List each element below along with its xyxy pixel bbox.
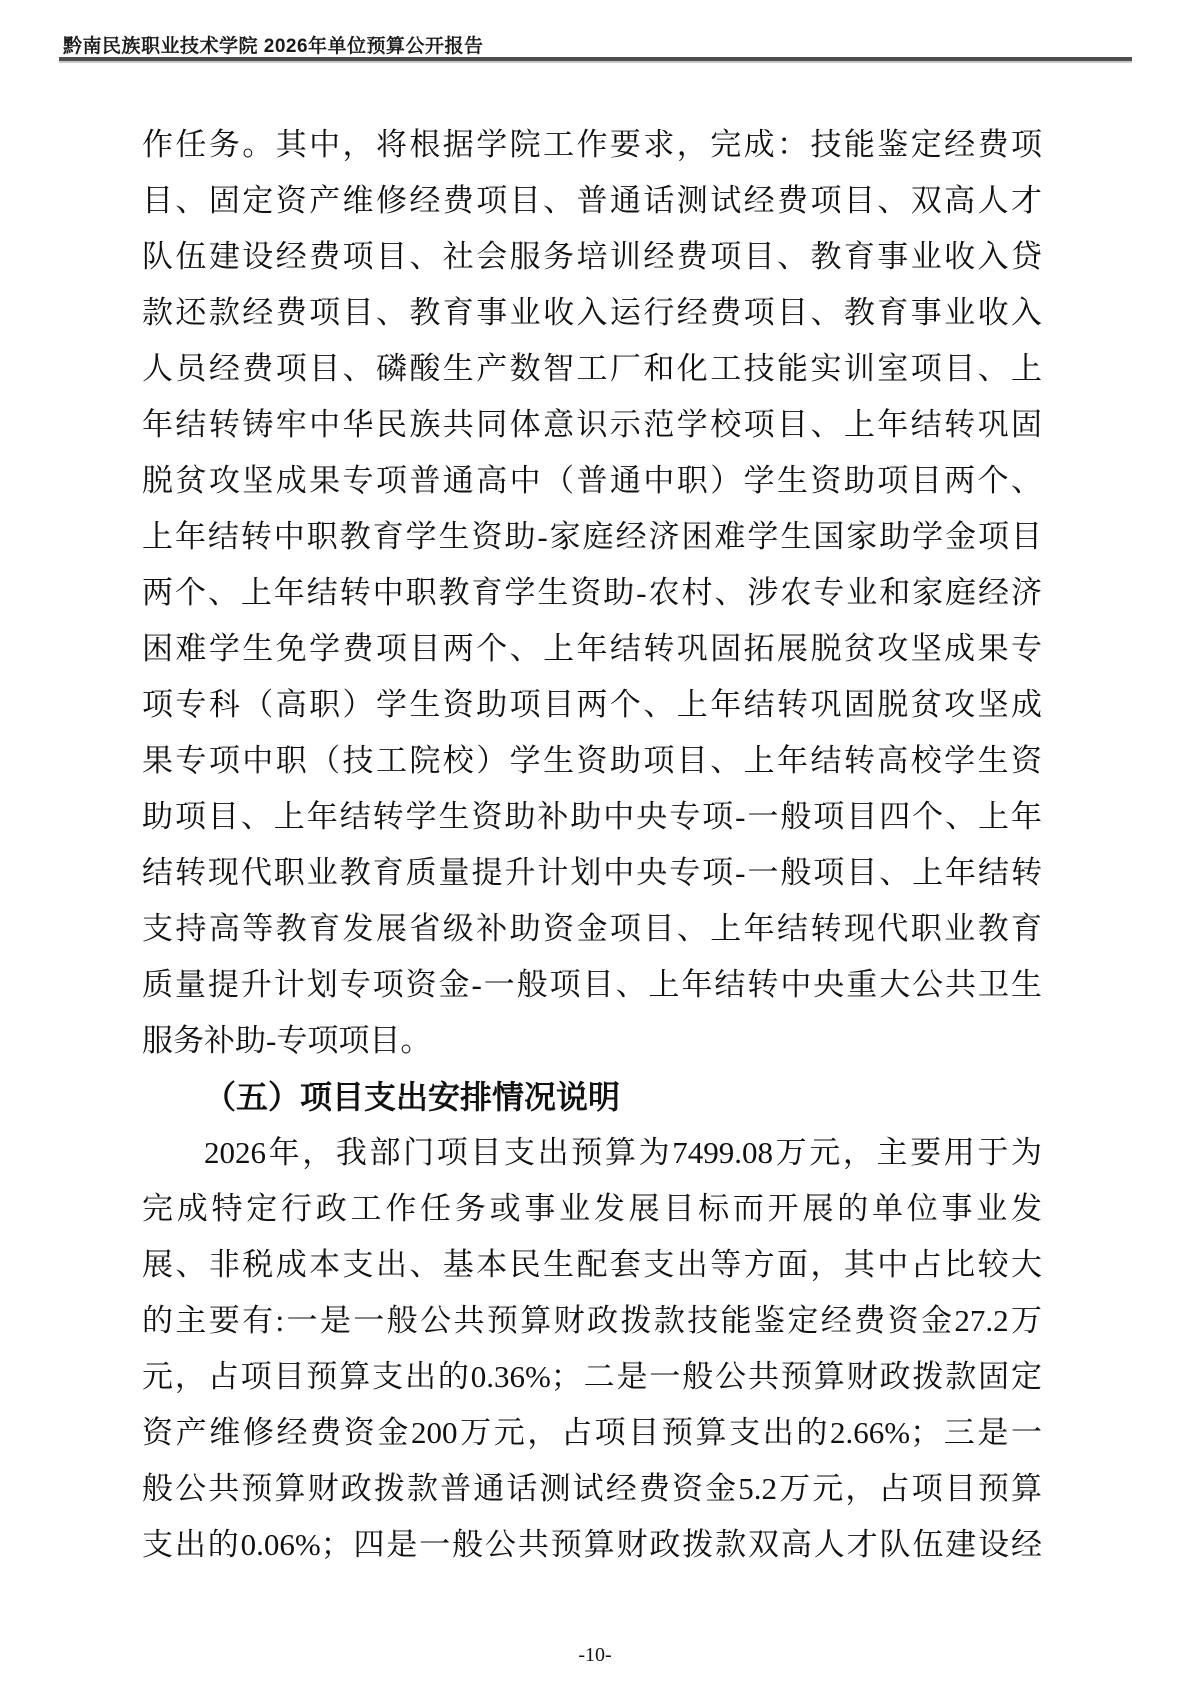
paragraph-line: 果专项中职（技工院校）学生资助项目、上年结转高校学生资: [142, 733, 1042, 789]
paragraph-line: 服务补助-专项项目。: [142, 1013, 1042, 1069]
header-rule: [59, 57, 1132, 63]
paragraph-line: 队伍建设经费项目、社会服务培训经费项目、教育事业收入贷: [142, 229, 1042, 285]
paragraph-line: 款还款经费项目、教育事业收入运行经费项目、教育事业收入: [142, 285, 1042, 341]
paragraph-line: 助项目、上年结转学生资助补助中央专项-一般项目四个、上年: [142, 789, 1042, 845]
paragraph-line: 项专科（高职）学生资助项目两个、上年结转巩固脱贫攻坚成: [142, 677, 1042, 733]
paragraph-line: 展、非税成本支出、基本民生配套支出等方面，其中占比较大: [142, 1237, 1042, 1293]
paragraph-line: 作任务。其中，将根据学院工作要求，完成：技能鉴定经费项: [142, 117, 1042, 173]
paragraph-line: 的主要有:一是一般公共预算财政拨款技能鉴定经费资金27.2万: [142, 1293, 1042, 1349]
paragraph-line: 上年结转中职教育学生资助-家庭经济困难学生国家助学金项目: [142, 509, 1042, 565]
document-page: 黔南民族职业技术学院 2026年单位预算公开报告 作任务。其中，将根据学院工作要…: [0, 0, 1190, 1684]
paragraph-line: 支出的0.06%；四是一般公共预算财政拨款双高人才队伍建设经: [142, 1517, 1042, 1573]
paragraph-line: 目、固定资产维修经费项目、普通话测试经费项目、双高人才: [142, 173, 1042, 229]
paragraph-line: 年结转铸牢中华民族共同体意识示范学校项目、上年结转巩固: [142, 397, 1042, 453]
section-heading: （五）项目支出安排情况说明: [142, 1069, 1042, 1125]
paragraph-line: 质量提升计划专项资金-一般项目、上年结转中央重大公共卫生: [142, 957, 1042, 1013]
page-number: -10-: [578, 1644, 611, 1666]
page-footer: -10-: [0, 1644, 1190, 1667]
paragraph-line: 完成特定行政工作任务或事业发展目标而开展的单位事业发: [142, 1181, 1042, 1237]
header-title: 黔南民族职业技术学院 2026年单位预算公开报告: [63, 36, 484, 57]
paragraph-line: 结转现代职业教育质量提升计划中央专项-一般项目、上年结转: [142, 845, 1042, 901]
paragraph-line: 元，占项目预算支出的0.36%；二是一般公共预算财政拨款固定: [142, 1349, 1042, 1405]
page-header: 黔南民族职业技术学院 2026年单位预算公开报告: [63, 31, 484, 58]
paragraph-line: 2026年，我部门项目支出预算为7499.08万元，主要用于为: [142, 1125, 1042, 1181]
paragraph-line: 脱贫攻坚成果专项普通高中（普通中职）学生资助项目两个、: [142, 453, 1042, 509]
paragraph-line: 人员经费项目、磷酸生产数智工厂和化工技能实训室项目、上: [142, 341, 1042, 397]
paragraph-line: 困难学生免学费项目两个、上年结转巩固拓展脱贫攻坚成果专: [142, 621, 1042, 677]
paragraph-line: 资产维修经费资金200万元，占项目预算支出的2.66%；三是一: [142, 1405, 1042, 1461]
document-body: 作任务。其中，将根据学院工作要求，完成：技能鉴定经费项 目、固定资产维修经费项目…: [142, 117, 1042, 1573]
paragraph-line: 般公共预算财政拨款普通话测试经费资金5.2万元，占项目预算: [142, 1461, 1042, 1517]
paragraph-line: 支持高等教育发展省级补助资金项目、上年结转现代职业教育: [142, 901, 1042, 957]
paragraph-line: 两个、上年结转中职教育学生资助-农村、涉农专业和家庭经济: [142, 565, 1042, 621]
